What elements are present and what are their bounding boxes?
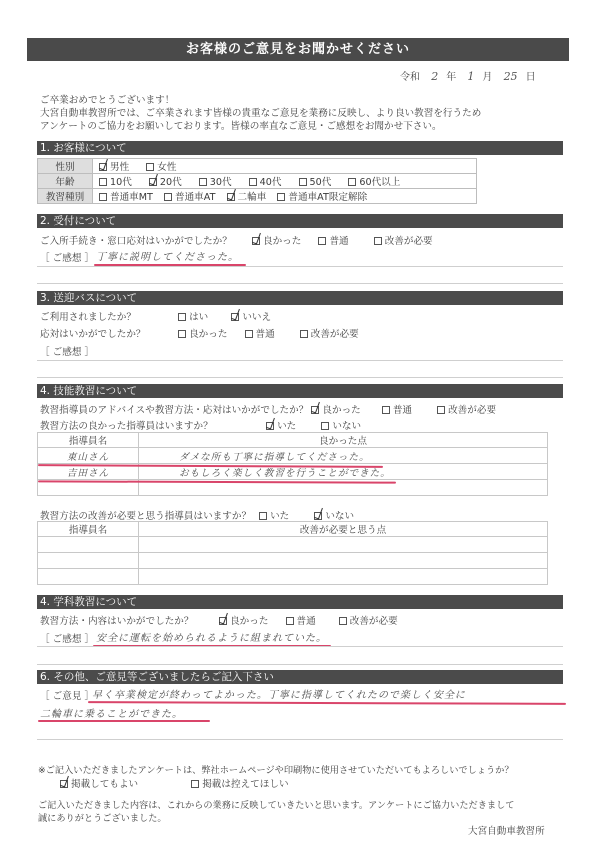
checkbox-icon[interactable] xyxy=(60,780,68,788)
checkbox-icon[interactable] xyxy=(259,512,267,520)
checkbox-decline-publish[interactable]: 掲載は控えてほしい xyxy=(191,776,288,790)
checkbox-age-40s[interactable]: 40代 xyxy=(249,174,282,188)
improvement-point-cell[interactable] xyxy=(139,537,548,553)
intro-text: ご卒業おめでとうございます！ 大宮自動車教習所では、ご卒業されます皆様の貴重なご… xyxy=(40,94,481,133)
table-row xyxy=(38,537,548,553)
answer-line xyxy=(37,360,563,361)
answer-line xyxy=(37,739,563,740)
checkbox-good[interactable]: 良かった xyxy=(178,326,227,340)
checkbox-icon[interactable] xyxy=(199,178,207,186)
comment-label: ［ ご感想 ］ xyxy=(40,250,94,264)
academic-comment[interactable]: 安全に運転を始められるように組まれていた。 xyxy=(96,629,327,644)
instructor-name-cell[interactable]: 東山さん xyxy=(38,448,139,464)
instructor-name-cell[interactable] xyxy=(38,537,139,553)
checkbox-needs-improvement[interactable]: 改善が必要 xyxy=(437,402,496,416)
question-text: 教習方法・内容はいかがでしたか？ xyxy=(40,613,216,627)
checkbox-no[interactable]: いいえ xyxy=(231,309,271,323)
checkbox-icon[interactable] xyxy=(231,313,239,321)
school-signature: 大宮自動車教習所 xyxy=(468,823,545,837)
checkbox-icon[interactable] xyxy=(299,178,307,186)
checkbox-icon[interactable] xyxy=(286,617,294,625)
answer-line xyxy=(37,283,563,284)
checkbox-icon[interactable] xyxy=(249,178,257,186)
improvement-instructor-question: 教習方法の改善が必要と思う指導員はいますか？ いた いない xyxy=(40,508,368,522)
table-row-age: 年齢 10代 20代 30代 40代 50代 60代以上 xyxy=(38,174,477,189)
checkbox-yes-existed[interactable]: いた xyxy=(266,418,296,432)
customer-info-table: 性別 男性 女性 年齢 10代 20代 30代 40代 50代 60代以上 教習… xyxy=(37,158,477,204)
comment-label: ［ ご意見 ］ xyxy=(40,688,94,702)
thanks-line-2: 誠にありがとうございました。 xyxy=(38,810,167,824)
checkbox-good[interactable]: 良かった xyxy=(252,233,301,247)
date-day-value[interactable]: 25 xyxy=(504,70,518,83)
checkbox-icon[interactable] xyxy=(164,193,172,201)
instructor-advice-question: 教習指導員のアドバイスや教習方法・応対はいかがでしたか？ 良かった 普通 改善が… xyxy=(40,402,510,416)
checkbox-icon[interactable] xyxy=(149,178,157,186)
date-year-unit: 年 xyxy=(446,72,456,83)
consent-question: ※ご記入いただきましたアンケートは、弊社ホームページや印刷物に使用させていただい… xyxy=(38,762,514,776)
checkbox-yes[interactable]: はい xyxy=(178,309,208,323)
checkbox-age-20s[interactable]: 20代 xyxy=(149,174,182,188)
checkbox-normal[interactable]: 普通 xyxy=(382,402,412,416)
good-instructor-question: 教習方法の良かった指導員はいますか？ いた いない xyxy=(40,418,375,432)
instructor-name-cell[interactable] xyxy=(38,569,139,585)
checkbox-normal[interactable]: 普通 xyxy=(286,613,316,627)
table-row xyxy=(38,569,548,585)
column-header-improvement-points: 改善が必要と思う点 xyxy=(139,522,548,537)
table-row: 東山さん ダメな所も丁寧に指導してくださった。 xyxy=(38,448,548,464)
checkbox-icon[interactable] xyxy=(99,178,107,186)
comment-label: ［ ご感想 ］ xyxy=(40,631,94,645)
bus-usage-question: ご利用されましたか？ はい いいえ xyxy=(40,309,285,323)
table-header-row: 指導員名 良かった点 xyxy=(38,433,548,448)
checkbox-normal[interactable]: 普通 xyxy=(245,326,275,340)
course-options: 普通車MT 普通車AT 二輪車 普通車AT限定解除 xyxy=(93,189,477,204)
checkbox-normal[interactable]: 普通 xyxy=(318,233,348,247)
checkbox-male[interactable]: 男性 xyxy=(99,159,129,173)
question-text: ご入所手続き・窓口応対はいかがでしたか？ xyxy=(40,236,232,247)
checkbox-motorcycle[interactable]: 二輪車 xyxy=(227,189,267,203)
checkbox-icon[interactable] xyxy=(300,330,308,338)
question-text: 応対はいかがでしたか？ xyxy=(40,326,175,340)
intro-line: 大宮自動車教習所では、ご卒業されます皆様の貴重なご意見を業務に反映し、より良い教… xyxy=(40,107,481,120)
answer-line xyxy=(37,664,563,665)
improvement-instructor-table: 指導員名 改善が必要と思う点 xyxy=(37,521,548,585)
intro-line: アンケートのご協力をお願いしております。皆様の率直なご意見・ご感想をお聞かせ下さ… xyxy=(40,120,481,133)
column-header-instructor-name: 指導員名 xyxy=(38,433,139,448)
improvement-point-cell[interactable] xyxy=(139,569,548,585)
section-header-driving-lessons: 4. 技能教習について xyxy=(37,384,563,398)
checkbox-icon[interactable] xyxy=(219,617,227,625)
comment-label: ［ ご感想 ］ xyxy=(40,344,94,358)
section-header-other-feedback: 6. その他、ご意見等ございましたらご記入下さい xyxy=(37,670,563,684)
checkbox-icon[interactable] xyxy=(382,406,390,414)
answer-line xyxy=(37,646,563,647)
checkbox-age-10s[interactable]: 10代 xyxy=(99,174,132,188)
table-row-gender: 性別 男性 女性 xyxy=(38,159,477,174)
checkbox-icon[interactable] xyxy=(99,193,107,201)
checkbox-icon[interactable] xyxy=(191,780,199,788)
good-point-cell[interactable]: ダメな所も丁寧に指導してくださった。 xyxy=(139,448,548,464)
answer-line xyxy=(37,377,563,378)
section-header-customer: 1. お客様について xyxy=(37,141,563,155)
row-label: 年齢 xyxy=(38,174,93,189)
date-day-unit: 日 xyxy=(526,72,536,83)
checkbox-icon[interactable] xyxy=(178,313,186,321)
checkbox-icon[interactable] xyxy=(178,330,186,338)
checkbox-age-50s[interactable]: 50代 xyxy=(299,174,332,188)
date-month-value[interactable]: 1 xyxy=(467,70,474,83)
date-field: 令和 2年 1月 25日 xyxy=(400,68,536,83)
checkbox-icon[interactable] xyxy=(348,178,356,186)
other-comment-line-2[interactable]: 二輪車に乗ることができた。 xyxy=(40,705,183,720)
other-comment-line-1[interactable]: 早く卒業検定が終わってよかった。丁寧に指導してくれたので楽しく安全に xyxy=(92,686,466,701)
checkbox-icon[interactable] xyxy=(146,163,154,171)
checkbox-at-limit-removal[interactable]: 普通車AT限定解除 xyxy=(277,189,367,203)
date-year-value[interactable]: 2 xyxy=(431,70,438,83)
question-text: 教習方法の良かった指導員はいますか？ xyxy=(40,418,263,432)
checkbox-icon[interactable] xyxy=(99,163,107,171)
checkbox-yes-existed[interactable]: いた xyxy=(259,508,289,522)
gender-options: 男性 女性 xyxy=(93,159,477,174)
checkbox-icon[interactable] xyxy=(277,193,285,201)
section-header-shuttle-bus: 3. 送迎バスについて xyxy=(37,291,563,305)
improvement-point-cell[interactable] xyxy=(139,553,548,569)
checkbox-regular-mt[interactable]: 普通車MT xyxy=(99,189,153,203)
checkbox-needs-improvement[interactable]: 改善が必要 xyxy=(300,326,359,340)
academic-question: 教習方法・内容はいかがでしたか？ 良かった 普通 改善が必要 xyxy=(40,613,412,627)
reception-question: ご入所手続き・窓口応対はいかがでしたか？ 良かった 普通 改善が必要 xyxy=(40,233,447,247)
checkbox-icon[interactable] xyxy=(252,237,260,245)
checkbox-icon[interactable] xyxy=(314,512,322,520)
column-header-good-points: 良かった点 xyxy=(139,433,548,448)
checkbox-good[interactable]: 良かった xyxy=(219,613,268,627)
section-header-academic-lessons: 4. 学科教習について xyxy=(37,595,563,609)
section-header-reception: 2. 受付について xyxy=(37,214,563,228)
date-era: 令和 xyxy=(400,72,420,83)
table-row-course-type: 教習種別 普通車MT 普通車AT 二輪車 普通車AT限定解除 xyxy=(38,189,477,204)
checkbox-icon[interactable] xyxy=(321,422,329,430)
table-header-row: 指導員名 改善が必要と思う点 xyxy=(38,522,548,537)
checkbox-none[interactable]: いない xyxy=(321,418,361,432)
table-row xyxy=(38,553,548,569)
instructor-name-cell[interactable] xyxy=(38,553,139,569)
checkbox-none[interactable]: いない xyxy=(314,508,354,522)
intro-line: ご卒業おめでとうございます！ xyxy=(40,94,481,107)
age-options: 10代 20代 30代 40代 50代 60代以上 xyxy=(93,174,477,189)
bus-service-question: 応対はいかがでしたか？ 良かった 普通 改善が必要 xyxy=(40,326,373,340)
question-text: ご利用されましたか？ xyxy=(40,309,175,323)
checkbox-icon[interactable] xyxy=(227,193,235,201)
checkbox-icon[interactable] xyxy=(437,406,445,414)
checkbox-icon[interactable] xyxy=(311,406,319,414)
row-label: 性別 xyxy=(38,159,93,174)
date-month-unit: 月 xyxy=(482,72,492,83)
row-label: 教習種別 xyxy=(38,189,93,204)
checkbox-needs-improvement[interactable]: 改善が必要 xyxy=(339,613,398,627)
checkbox-good[interactable]: 良かった xyxy=(311,402,360,416)
checkbox-icon[interactable] xyxy=(318,237,326,245)
thanks-line-1: ご記入いただきました内容は、これからの業務に反映していきたいと思います。アンケー… xyxy=(38,797,514,811)
checkbox-age-60s-plus[interactable]: 60代以上 xyxy=(348,174,400,188)
checkbox-regular-at[interactable]: 普通車AT xyxy=(164,189,215,203)
checkbox-icon[interactable] xyxy=(245,330,253,338)
page-title: お客様のご意見をお聞かせください xyxy=(27,38,569,61)
question-text: 教習指導員のアドバイスや教習方法・応対はいかがでしたか？ xyxy=(40,405,308,416)
checkbox-age-30s[interactable]: 30代 xyxy=(199,174,232,188)
answer-line xyxy=(37,266,563,267)
highlight-underline xyxy=(38,720,210,722)
checkbox-needs-improvement[interactable]: 改善が必要 xyxy=(374,233,433,247)
checkbox-female[interactable]: 女性 xyxy=(146,159,176,173)
checkbox-icon[interactable] xyxy=(266,422,274,430)
reception-comment[interactable]: 丁寧に説明してくださった。 xyxy=(96,248,239,263)
consent-options: 掲載してもよい 掲載は控えてほしい xyxy=(60,776,303,790)
question-text: 教習方法の改善が必要と思う指導員はいますか？ xyxy=(40,508,256,522)
checkbox-icon[interactable] xyxy=(374,237,382,245)
column-header-instructor-name: 指導員名 xyxy=(38,522,139,537)
checkbox-icon[interactable] xyxy=(339,617,347,625)
checkbox-allow-publish[interactable]: 掲載してもよい xyxy=(60,776,138,790)
